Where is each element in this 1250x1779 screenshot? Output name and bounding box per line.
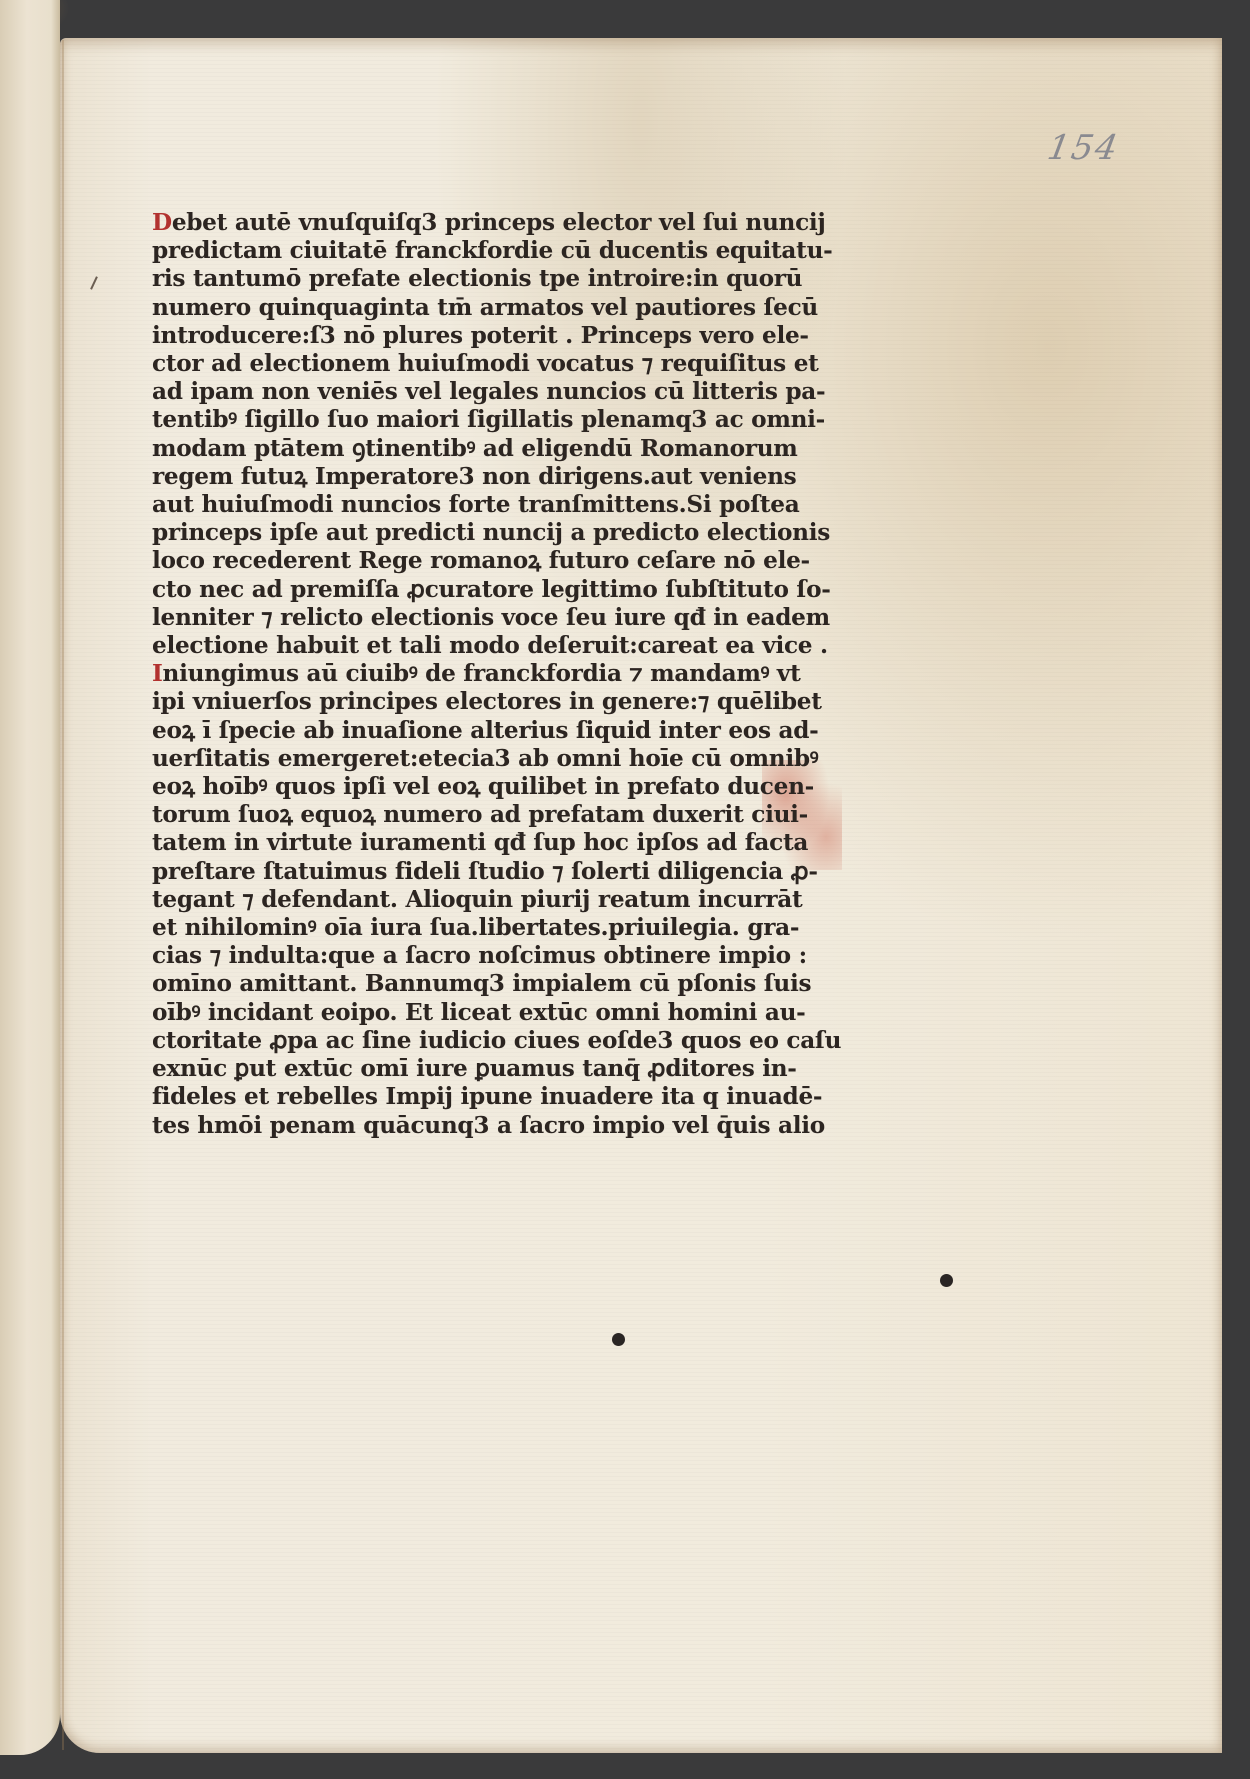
text-line: modam ptātem ꝯtinentibꝰ ad eligendū Roma…	[152, 435, 832, 463]
line-text: et nihilominꝰ oīa iura ſua.libertates.pr…	[152, 914, 799, 941]
text-line: Debet autē vnuſquiſq3 princeps elector v…	[152, 209, 832, 237]
line-text: omīno amittant. Bannumq3 impialem cū pſo…	[152, 970, 811, 997]
text-line: tentibꝰ ſigillo ſuo maiori ſigillatis pl…	[152, 406, 832, 434]
text-line: torum ſuoꝝ equoꝝ numero ad prefatam duxe…	[152, 801, 832, 829]
line-text: tatem in virtute iuramenti qđ ſup hoc ip…	[152, 829, 808, 856]
line-text: introducere:ſ3 nō plures poterit . Princ…	[152, 322, 809, 349]
line-text: predictam ciuitatē franckfordie cū ducen…	[152, 237, 832, 264]
line-text: tegant ⁊ defendant. Alioquin piurij reat…	[152, 886, 802, 913]
line-text: ebet autē vnuſquiſq3 princeps elector ve…	[172, 209, 826, 236]
line-text: tentibꝰ ſigillo ſuo maiori ſigillatis pl…	[152, 406, 825, 433]
line-text: eoꝝ hoībꝰ quos ipſi vel eoꝝ quilibet in …	[152, 773, 814, 800]
text-line: fideles et rebelles Impij ipune inuadere…	[152, 1083, 832, 1111]
line-text: aut huiuſmodi nuncios forte tranſmittens…	[152, 491, 799, 518]
line-text: cias ⁊ indulta:que a ſacro noſcimus obti…	[152, 942, 807, 969]
line-text: fideles et rebelles Impij ipune inuadere…	[152, 1083, 822, 1110]
text-line: loco recederent Rege romanoꝝ futuro ceſa…	[152, 547, 832, 575]
text-line: tes hmōi penam quācunq3 a ſacro impio ve…	[152, 1112, 832, 1140]
line-text: niungimus aū ciuibꝰ de franckfordia ⁊ ma…	[163, 660, 801, 687]
line-text: cto nec ad premiſſa ꝓcuratore legittimo …	[152, 576, 831, 603]
text-line: omīno amittant. Bannumq3 impialem cū pſo…	[152, 970, 832, 998]
rubricated-initial: I	[152, 660, 163, 687]
line-text: loco recederent Rege romanoꝝ futuro ceſa…	[152, 547, 810, 574]
line-text: oībꝰ incidant eoipo. Et liceat extūc omn…	[152, 999, 805, 1026]
text-line: ad ipam non veniēs vel legales nuncios c…	[152, 378, 832, 406]
text-line: exnūc ꝑut extūc omī iure ꝑuamus tanq̄ ꝓd…	[152, 1055, 832, 1083]
text-line: numero quinquaginta tm̄ armatos vel paut…	[152, 294, 832, 322]
line-text: numero quinquaginta tm̄ armatos vel paut…	[152, 294, 818, 321]
text-line: electione habuit et tali modo deſeruit:c…	[152, 632, 832, 660]
printer-dot-right	[940, 1274, 953, 1287]
line-text: tes hmōi penam quācunq3 a ſacro impio ve…	[152, 1112, 825, 1139]
printer-dot-bottom	[612, 1333, 625, 1346]
text-line: lenniter ⁊ relicto electionis voce ſeu i…	[152, 604, 832, 632]
line-text: ctor ad electionem huiuſmodi vocatus ⁊ r…	[152, 350, 819, 377]
line-text: ctoritate ꝓpa ac ſine iudicio ciues eoſd…	[152, 1027, 841, 1054]
gutter-fold	[62, 40, 64, 1750]
text-line: cias ⁊ indulta:que a ſacro noſcimus obti…	[152, 942, 832, 970]
line-text: lenniter ⁊ relicto electionis voce ſeu i…	[152, 604, 830, 631]
line-text: ris tantumō prefate electionis tpe intro…	[152, 265, 802, 292]
text-line: ipi vniuerſos principes electores in gen…	[152, 688, 832, 716]
text-line: cto nec ad premiſſa ꝓcuratore legittimo …	[152, 576, 832, 604]
line-text: eoꝝ ī ſpecie ab inuaſione alterius ſiqui…	[152, 717, 818, 744]
text-line: predictam ciuitatē franckfordie cū ducen…	[152, 237, 832, 265]
text-line: preſtare ſtatuimus fideli ſtudio ⁊ ſoler…	[152, 858, 832, 886]
text-line: et nihilominꝰ oīa iura ſua.libertates.pr…	[152, 914, 832, 942]
line-text: torum ſuoꝝ equoꝝ numero ad prefatam duxe…	[152, 801, 808, 828]
line-text: ipi vniuerſos principes electores in gen…	[152, 688, 822, 715]
text-line: tegant ⁊ defendant. Alioquin piurij reat…	[152, 886, 832, 914]
text-line: ctor ad electionem huiuſmodi vocatus ⁊ r…	[152, 350, 832, 378]
line-text: preſtare ſtatuimus fideli ſtudio ⁊ ſoler…	[152, 858, 818, 885]
line-text: modam ptātem ꝯtinentibꝰ ad eligendū Roma…	[152, 435, 798, 462]
facing-page-edge	[0, 0, 60, 1755]
line-text: uerſitatis emergeret:etecia3 ab omni hoī…	[152, 745, 818, 772]
text-line: regem futuꝝ Imperatore3 non dirigens.aut…	[152, 463, 832, 491]
line-text: regem futuꝝ Imperatore3 non dirigens.aut…	[152, 463, 796, 490]
folio-number: 154	[1044, 128, 1122, 168]
text-line: ris tantumō prefate electionis tpe intro…	[152, 265, 832, 293]
text-line: uerſitatis emergeret:etecia3 ab omni hoī…	[152, 745, 832, 773]
text-line: princeps ipſe aut predicti nuncij a pred…	[152, 519, 832, 547]
text-line: tatem in virtute iuramenti qđ ſup hoc ip…	[152, 829, 832, 857]
text-line: aut huiuſmodi nuncios forte tranſmittens…	[152, 491, 832, 519]
line-text: electione habuit et tali modo deſeruit:c…	[152, 632, 828, 659]
text-line: Iniungimus aū ciuibꝰ de franckfordia ⁊ m…	[152, 660, 832, 688]
line-text: princeps ipſe aut predicti nuncij a pred…	[152, 519, 830, 546]
line-text: ad ipam non veniēs vel legales nuncios c…	[152, 378, 825, 405]
line-text: exnūc ꝑut extūc omī iure ꝑuamus tanq̄ ꝓd…	[152, 1055, 797, 1082]
text-line: introducere:ſ3 nō plures poterit . Princ…	[152, 322, 832, 350]
rubricated-initial: D	[152, 209, 172, 236]
text-line: eoꝝ ī ſpecie ab inuaſione alterius ſiqui…	[152, 717, 832, 745]
text-line: oībꝰ incidant eoipo. Et liceat extūc omn…	[152, 999, 832, 1027]
text-line: ctoritate ꝓpa ac ſine iudicio ciues eoſd…	[152, 1027, 832, 1055]
text-line: eoꝝ hoībꝰ quos ipſi vel eoꝝ quilibet in …	[152, 773, 832, 801]
body-text: Debet autē vnuſquiſq3 princeps elector v…	[152, 209, 832, 1140]
